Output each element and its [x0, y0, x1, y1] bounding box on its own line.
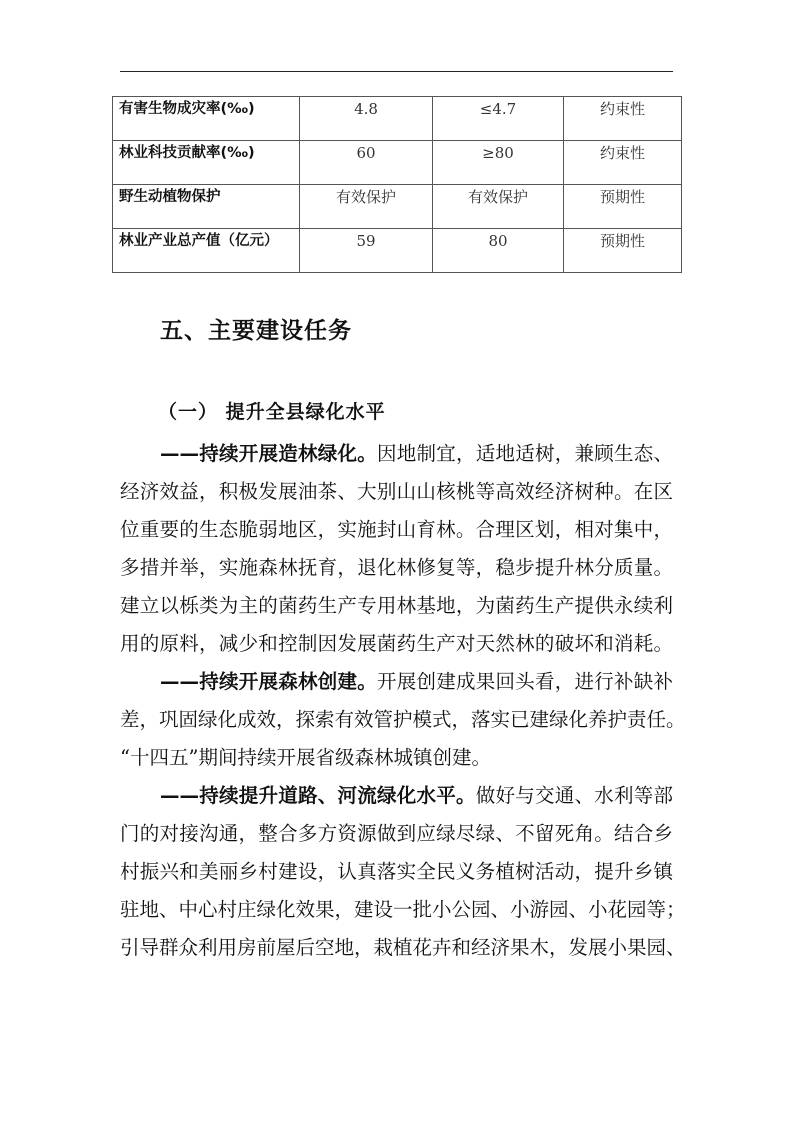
table-row: 林业科技贡献率(‰) 60 ≥80 约束性 [113, 141, 682, 185]
paragraph-line: 驻地、中心村庄绿化效果，建设一批小公园、小游园、小花园等； [120, 897, 673, 923]
paragraph-lead: ——持续提升道路、河流绿化水平。 [160, 784, 476, 807]
paragraph-line: 用的原料，减少和控制因发展菌药生产对天然林的破坏和消耗。 [120, 631, 673, 657]
indicator-name: 林业产业总产值（亿元） [113, 229, 300, 273]
paragraph-line: ——持续开展森林创建。开展创建成果回头看，进行补缺补 [160, 669, 673, 695]
paragraph-line: 经济效益，积极发展油茶、大别山山核桃等高效经济树种。在区 [120, 479, 673, 505]
paragraph-line: 引导群众利用房前屋后空地，栽植花卉和经济果木，发展小果园、 [120, 935, 673, 961]
paragraph-lead: ——持续开展森林创建。 [160, 670, 377, 693]
indicator-type: 预期性 [564, 229, 682, 273]
indicator-type: 约束性 [564, 97, 682, 141]
indicator-base-value: 4.8 [300, 97, 433, 141]
paragraph-line: ——持续开展造林绿化。因地制宜，适地适树，兼顾生态、 [160, 441, 673, 467]
subsection-title: （一） 提升全县绿化水平 [158, 397, 386, 424]
paragraph-line: 建立以栎类为主的菌药生产专用林基地，为菌药生产提供永续利 [120, 593, 673, 619]
indicator-target-value: ≤4.7 [433, 97, 564, 141]
indicator-target-value: ≥80 [433, 141, 564, 185]
paragraph-line: “十四五”期间持续开展省级森林城镇创建。 [120, 745, 673, 771]
indicator-base-value: 60 [300, 141, 433, 185]
paragraph-line: ——持续提升道路、河流绿化水平。做好与交通、水利等部 [160, 783, 673, 809]
table-row: 有害生物成灾率(‰) 4.8 ≤4.7 约束性 [113, 97, 682, 141]
indicator-base-value: 59 [300, 229, 433, 273]
indicator-base-value: 有效保护 [300, 185, 433, 229]
indicator-target-value: 80 [433, 229, 564, 273]
indicator-type: 约束性 [564, 141, 682, 185]
indicators-table: 有害生物成灾率(‰) 4.8 ≤4.7 约束性 林业科技贡献率(‰) 60 ≥8… [112, 96, 682, 273]
paragraph-line: 多措并举，实施森林抚育，退化林修复等，稳步提升林分质量。 [120, 555, 673, 581]
indicator-name: 林业科技贡献率(‰) [113, 141, 300, 185]
indicator-name: 野生动植物保护 [113, 185, 300, 229]
section-title: 五、主要建设任务 [160, 312, 352, 345]
page-header-rule [120, 71, 673, 72]
indicator-target-value: 有效保护 [433, 185, 564, 229]
paragraph-line: 位重要的生态脆弱地区，实施封山育林。合理区划，相对集中， [120, 517, 673, 543]
paragraph-line: 差，巩固绿化成效，探索有效管护模式，落实已建绿化养护责任。 [120, 707, 673, 733]
indicator-name: 有害生物成灾率(‰) [113, 97, 300, 141]
table-row: 林业产业总产值（亿元） 59 80 预期性 [113, 229, 682, 273]
indicator-type: 预期性 [564, 185, 682, 229]
paragraph-line: 村振兴和美丽乡村建设，认真落实全民义务植树活动，提升乡镇 [120, 859, 673, 885]
table-row: 野生动植物保护 有效保护 有效保护 预期性 [113, 185, 682, 229]
paragraph-lead: ——持续开展造林绿化。 [160, 442, 377, 465]
paragraph-line: 门的对接沟通，整合多方资源做到应绿尽绿、不留死角。结合乡 [120, 821, 673, 847]
